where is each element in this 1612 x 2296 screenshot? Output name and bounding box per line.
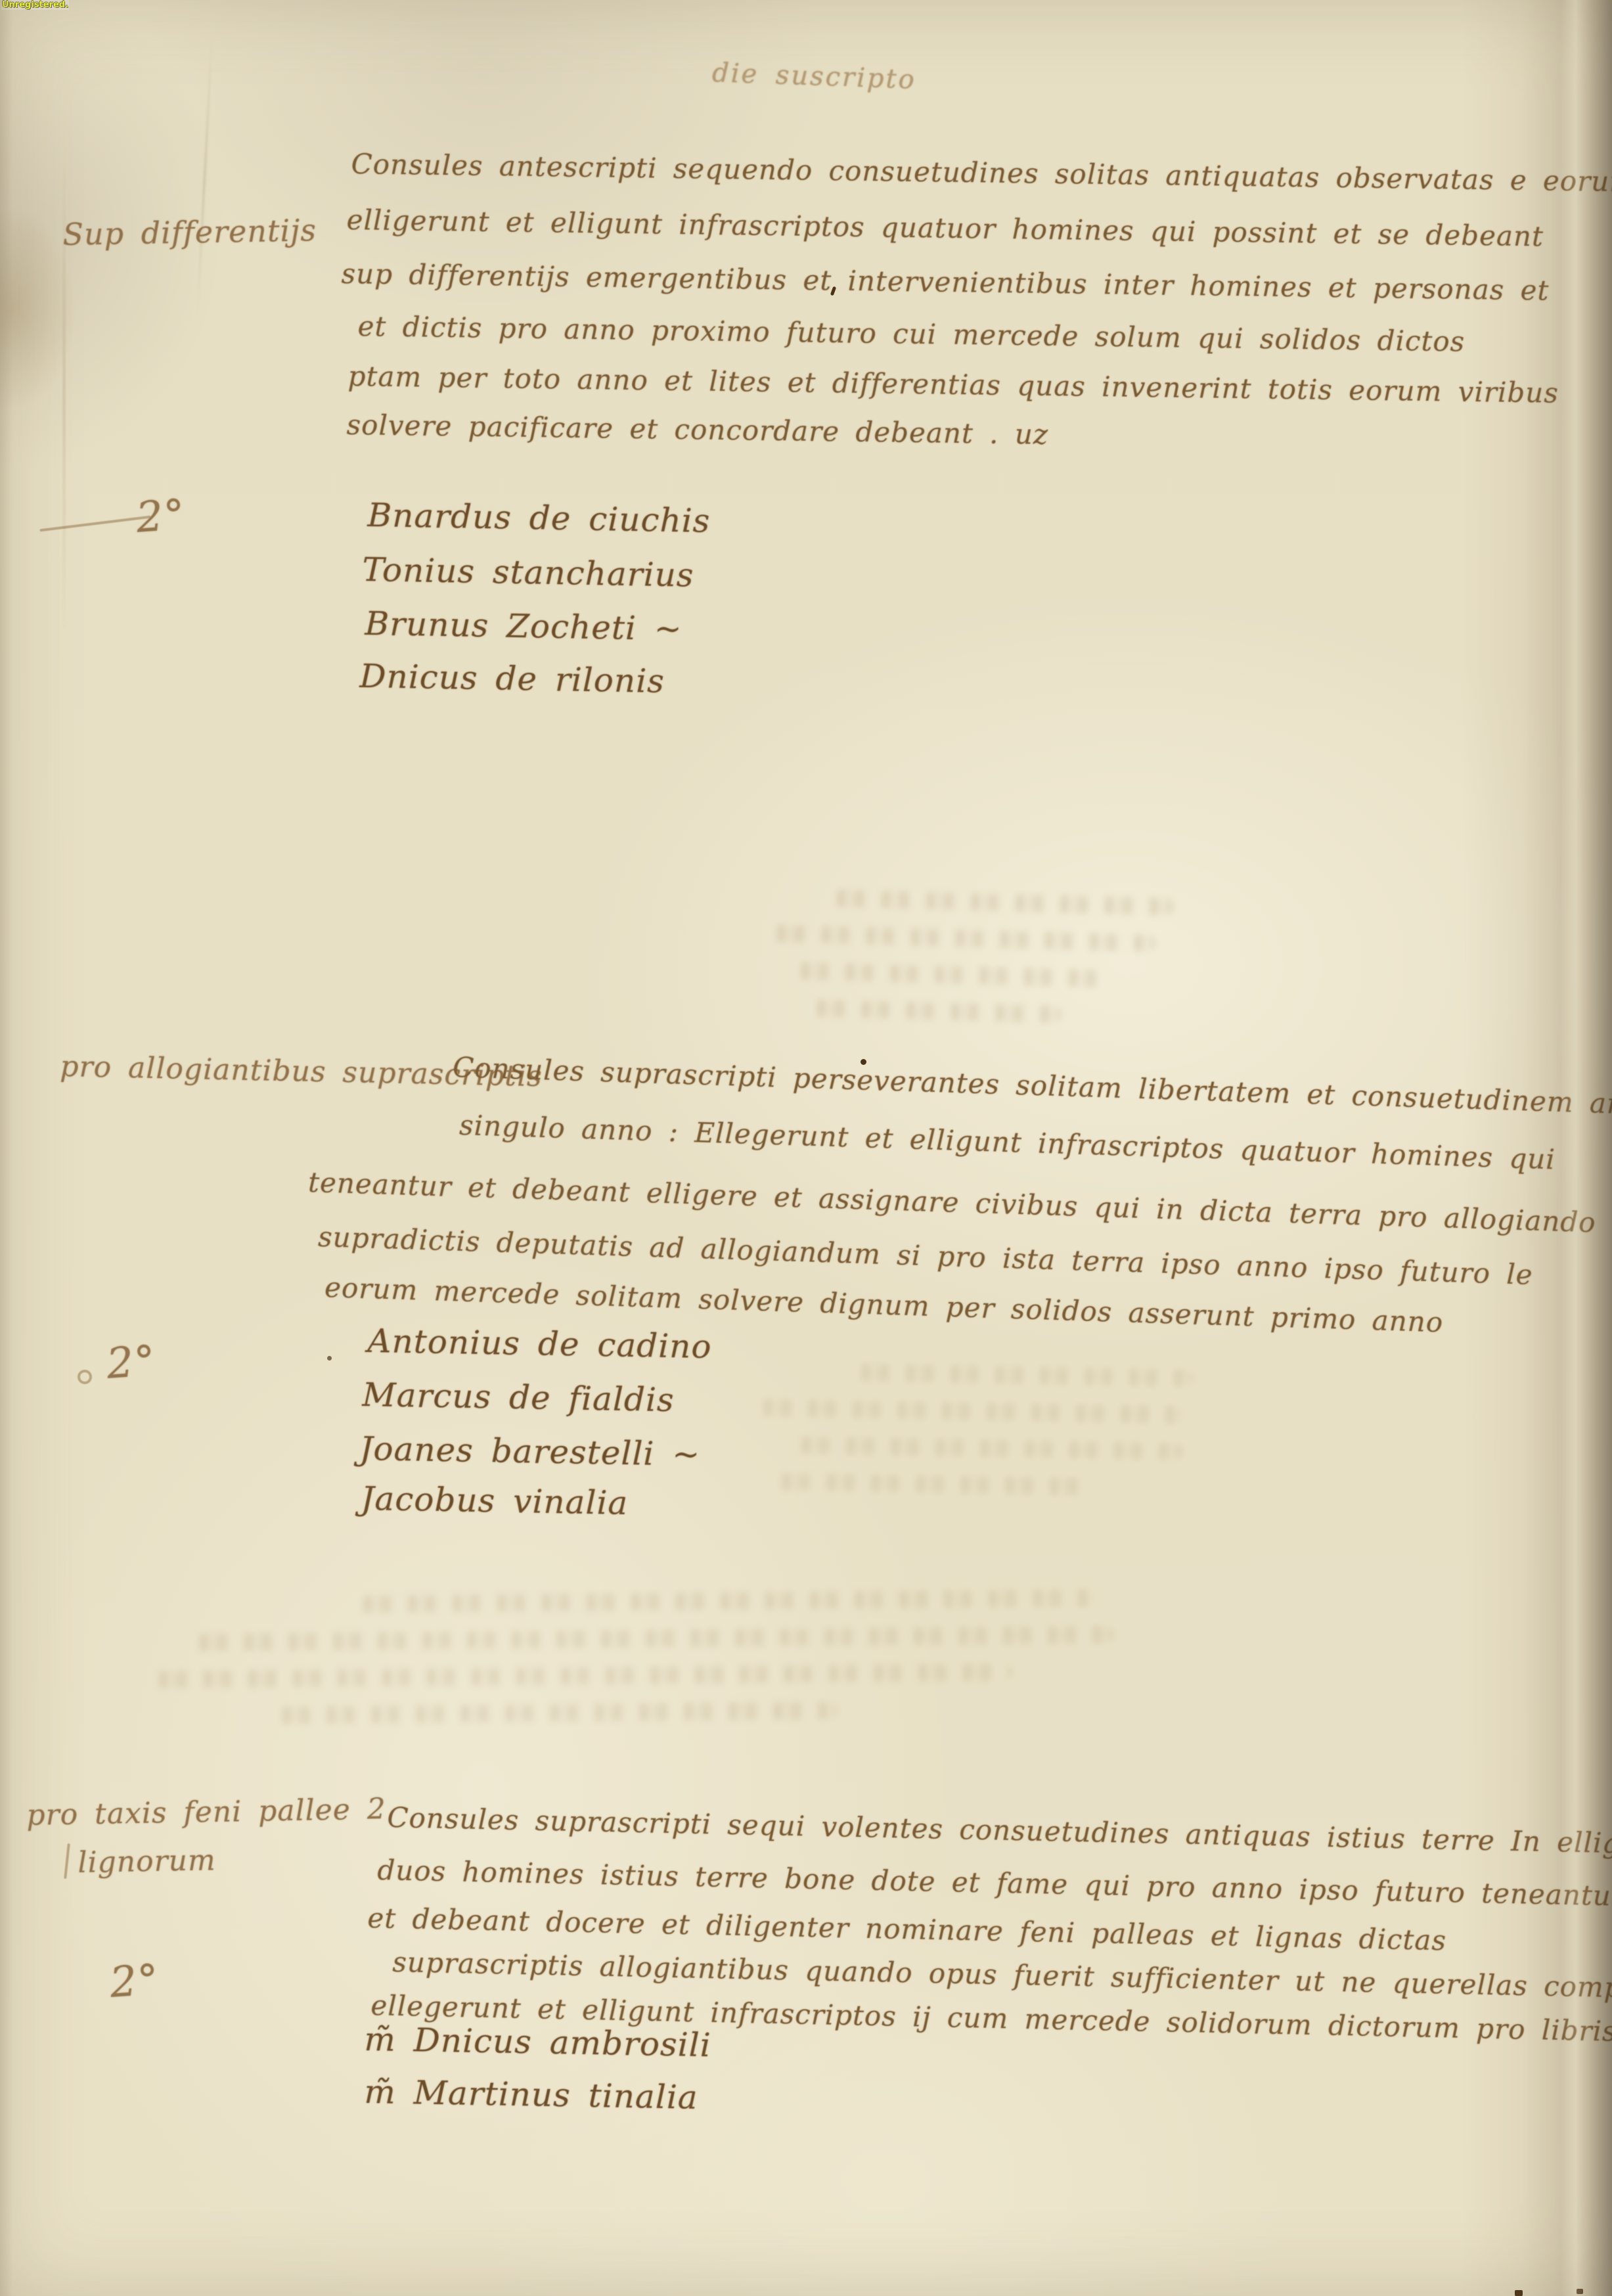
name-item: Bnardus de ciuchis bbox=[367, 496, 711, 540]
paragraph-line: elligerunt et elligunt infrascriptos qua… bbox=[346, 204, 1544, 252]
paper-crease bbox=[63, 158, 65, 631]
name-item: Brunus Zocheti ~ bbox=[365, 604, 683, 648]
margin-label-differentijs: Sup differentijs bbox=[62, 212, 317, 252]
verso-show-through bbox=[754, 1343, 1243, 1518]
name-item: Dnicus de rilonis bbox=[359, 657, 665, 700]
name-item: Tonius stancharius bbox=[362, 551, 694, 595]
name-item: Antonius de cadino bbox=[367, 1322, 712, 1366]
paragraph-line: solvere pacificare et concordare debeant… bbox=[346, 409, 1048, 451]
show-through-line bbox=[275, 1702, 838, 1724]
margin-label-taxis-line1: pro taxis feni pallee 2 bbox=[26, 1792, 386, 1832]
flourish-stroke bbox=[39, 516, 150, 532]
ink-speck bbox=[327, 1356, 332, 1361]
paragraph-line: singulo anno : Ellegerunt et elligunt in… bbox=[459, 1109, 1556, 1175]
name-item: Joanes barestelli ~ bbox=[359, 1429, 701, 1474]
margin-mark-1: 2° bbox=[135, 491, 187, 543]
name-item: Jacobus vinalia bbox=[361, 1479, 629, 1522]
verso-show-through bbox=[150, 1569, 1176, 1745]
show-through-line bbox=[192, 1626, 1114, 1651]
show-through-line bbox=[793, 962, 1109, 988]
paragraph-line: sup differentijs emergentibus et interve… bbox=[341, 258, 1549, 307]
paragraph-line: Consules antescripti sequendo consuetudi… bbox=[351, 148, 1612, 198]
page-right-edge-curve bbox=[1461, 0, 1612, 2296]
margin-mark-3: 2° bbox=[108, 1956, 161, 2008]
show-through-line bbox=[794, 1437, 1183, 1460]
paragraph-line: Consules suprascripti sequi volentes con… bbox=[387, 1801, 1612, 1861]
show-through-line bbox=[853, 1364, 1194, 1387]
paragraph-line: et dictis pro anno proximo futuro cui me… bbox=[357, 310, 1465, 358]
paragraph-line: duos homines istius terre bone dote et f… bbox=[377, 1854, 1612, 1912]
show-through-line bbox=[769, 925, 1156, 952]
show-through-line bbox=[355, 1589, 1093, 1613]
show-through-line bbox=[809, 999, 1062, 1023]
name-item: m̃ Martinus tinalia bbox=[364, 2073, 698, 2117]
paper-crease bbox=[196, 39, 213, 315]
paragraph-line: ptam per toto anno et lites et different… bbox=[347, 360, 1559, 409]
margin-label-taxis-line2: lignorum bbox=[78, 1843, 216, 1880]
page-left-edge-shadow bbox=[0, 0, 13, 2296]
show-through-line bbox=[755, 1399, 1184, 1424]
show-through-line bbox=[774, 1473, 1090, 1495]
name-item: Marcus de fialdis bbox=[362, 1376, 675, 1419]
flourish-circle bbox=[78, 1370, 92, 1384]
show-through-line bbox=[829, 889, 1174, 916]
manuscript-page: Unregistered. die suscripto Sup differen… bbox=[0, 0, 1612, 2296]
ink-speck bbox=[861, 1059, 866, 1065]
name-item: m̃ Dnicus ambrosili bbox=[364, 2020, 711, 2064]
margin-mark-2: 2° bbox=[105, 1337, 158, 1389]
flourish-tick bbox=[64, 1843, 70, 1879]
show-through-line bbox=[151, 1663, 1012, 1688]
page-header: die suscripto bbox=[711, 58, 916, 95]
verso-show-through bbox=[767, 868, 1191, 1047]
